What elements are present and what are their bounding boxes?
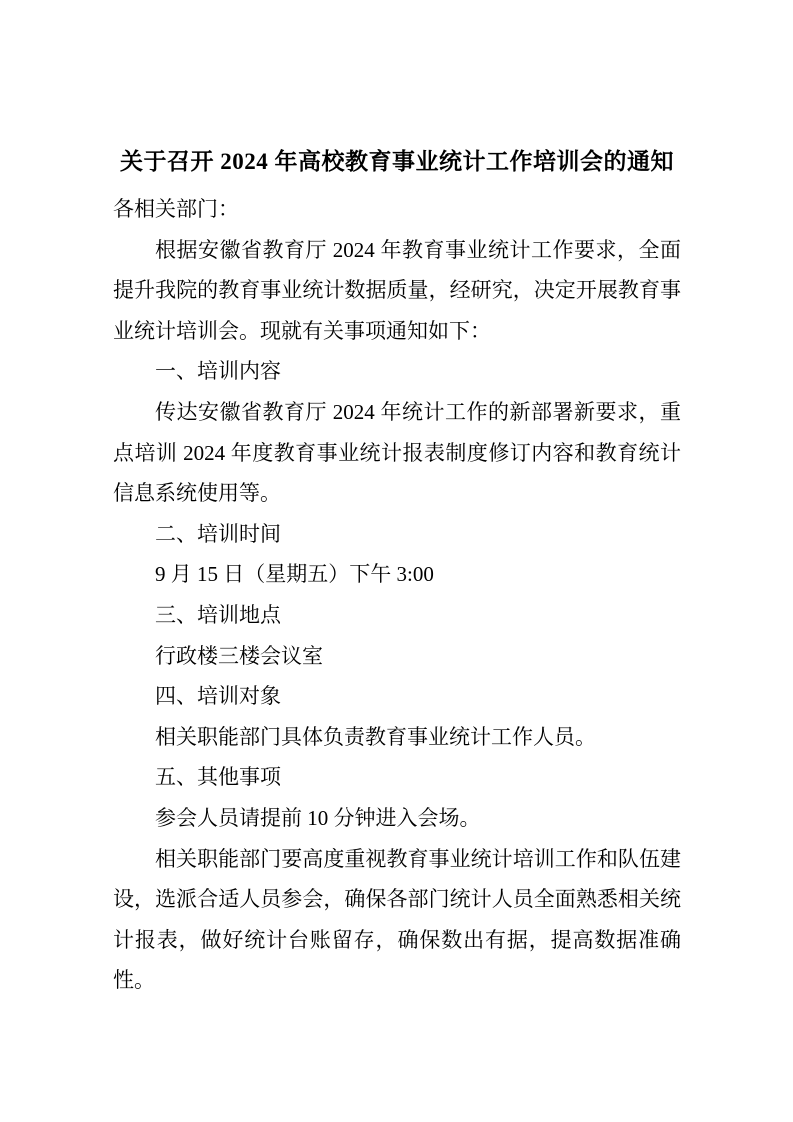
document-content: 关于召开 2024 年高校教育事业统计工作培训会的通知 各相关部门： 根据安徽省… (0, 0, 793, 1001)
notice-paragraph: 三、培训地点 (113, 595, 681, 636)
notice-paragraph: 四、培训对象 (113, 676, 681, 717)
notice-body: 根据安徽省教育厅 2024 年教育事业统计工作要求，全面提升我院的教育事业统计数… (113, 230, 681, 1001)
notice-salutation: 各相关部门： (113, 189, 681, 230)
notice-paragraph: 传达安徽省教育厅 2024 年统计工作的新部署新要求，重点培训 2024 年度教… (113, 392, 681, 514)
notice-paragraph: 相关职能部门具体负责教育事业统计工作人员。 (113, 717, 681, 758)
notice-paragraph: 一、培训内容 (113, 351, 681, 392)
notice-paragraph: 相关职能部门要高度重视教育事业统计培训工作和队伍建设，选派合适人员参会，确保各部… (113, 839, 681, 1001)
notice-paragraph: 五、其他事项 (113, 757, 681, 798)
document-page: 关于召开 2024 年高校教育事业统计工作培训会的通知 各相关部门： 根据安徽省… (0, 0, 793, 1122)
notice-paragraph: 参会人员请提前 10 分钟进入会场。 (113, 798, 681, 839)
notice-paragraph: 二、培训时间 (113, 514, 681, 555)
notice-paragraph: 根据安徽省教育厅 2024 年教育事业统计工作要求，全面提升我院的教育事业统计数… (113, 230, 681, 352)
notice-paragraph: 行政楼三楼会议室 (113, 636, 681, 677)
notice-paragraph: 9 月 15 日（星期五）下午 3:00 (113, 554, 681, 595)
notice-title: 关于召开 2024 年高校教育事业统计工作培训会的通知 (113, 141, 681, 183)
